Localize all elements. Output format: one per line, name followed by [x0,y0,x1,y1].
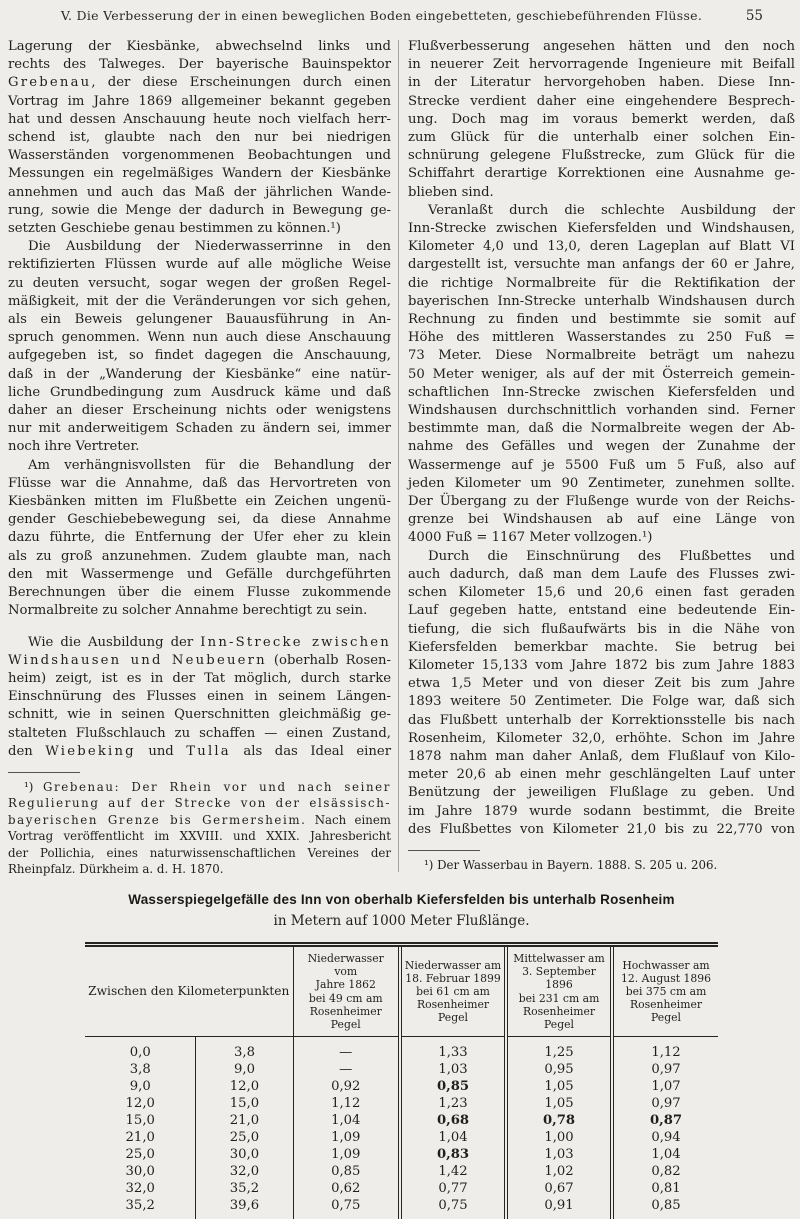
text-line: noch ihre Vertreter. [8,438,391,456]
table-filler-cell [506,1214,612,1219]
text-line: im Jahre 1879 wurde sodann bestimmt, die… [408,803,795,821]
text-line: Wassermenge auf je 5500 Fuß um 5 Fuß, al… [408,457,795,475]
text-line: Regulierung auf der Strecke von der elsä… [8,795,391,812]
text-line: dargestellt ist, versuchte man anfangs d… [408,256,795,274]
table-cell: 0,78 [506,1112,612,1129]
text-line: bei 375 cm am [616,985,716,998]
text-line: Der Übergang zu der Flußenge wurde von d… [408,493,795,511]
text-line: Rechnung zu finden und bestimmte sie som… [408,311,795,329]
text-line: Grebenau, der diese Erscheinungen durch … [8,74,391,92]
table-filler-cell [196,1214,293,1219]
text-line: zum Glück für die unterhalb einer solche… [408,129,795,147]
text-line: Kiefersfelden bemerkbar machte. Sie betr… [408,639,795,657]
table-cell: 25,0 [85,1146,196,1163]
text-line: nur mit anderweitigem Schaden zu ändern … [8,420,391,438]
text-line: Wie die Ausbildung der Inn-Strecke zwisc… [8,634,391,652]
text-column-right: Flußverbesserung angesehen hätten und de… [408,38,795,878]
text-line: Flüsse war die Annahme, daß das Hervortr… [8,475,391,493]
text-line: zu deuten versucht, sogar wegen der groß… [8,275,391,293]
text-columns: Lagerung der Kiesbänke, abwechselnd link… [8,38,795,878]
text-line: Inn-Strecke zwischen Kiefersfelden und W… [408,220,795,238]
table-cell: 1,42 [400,1163,506,1180]
text-line: mäßigkeit, mit der die Veränderungen vor… [8,293,391,311]
table-cell: 0,83 [400,1146,506,1163]
text-line: Lauf gegeben hatte, entstand eine bedeut… [408,602,795,620]
table-cell: 0,92 [293,1078,400,1095]
table-cell: 9,0 [85,1078,196,1095]
table-row: 12,015,01,121,231,050,97 [85,1095,718,1112]
page-title: V. Die Verbesserung der in einen bewegli… [38,8,725,23]
text-line: 18. Februar 1899 [404,972,502,985]
text-line: Vortrag im Jahre 1869 allgemeiner bekann… [8,93,391,111]
table-cell: 0,97 [612,1095,718,1112]
table-head: Zwischen den Kilometerpunkten Niederwass… [85,944,718,1036]
text-line: 1893 weitere 50 Zentimeter. Die Folge wa… [408,693,795,711]
table-cell: 0,95 [506,1061,612,1078]
paragraph: Wie die Ausbildung der Inn-Strecke zwisc… [8,634,391,761]
text-line: den mit Wassermenge und Gefälle durchgef… [8,566,391,584]
text-line: in der Literatur hervorgehoben haben. Di… [408,74,795,92]
text-line: Höhe des mittleren Wasserstandes zu 250 … [408,329,795,347]
text-line: dazu führte, die Entfernung der Ufer ehe… [8,529,391,547]
table-cell: 1,05 [506,1078,612,1095]
text-line: des Flußbettes von Kilometer 21,0 bis zu… [408,821,795,839]
text-line: Rheinpfalz. Dürkheim a. d. H. 1870. [8,861,391,878]
table-cell: 21,0 [196,1112,293,1129]
text-line: 12. August 1896 [616,972,716,985]
text-line: als zu groß anzunehmen. Zudem glaubte ma… [8,548,391,566]
text-line: Rosenheim, Kilometer 32,0, erhöhte. Scho… [408,730,795,748]
table-cell: 1,03 [506,1146,612,1163]
text-line: Wasserständen vorgenommenen Beobachtunge… [8,147,391,165]
text-line: Mittelwasser am [510,952,608,965]
text-line: Einschnürung des Flusses einen in seinem… [8,688,391,706]
text-line: Veranlaßt durch die schlechte Ausbildung… [408,202,795,220]
text-line: daß in der „Wanderung der Kiesbänke“ ein… [8,366,391,384]
text-line: Durch die Einschnürung des Flußbettes un… [408,548,795,566]
text-line: Am verhängnisvollsten für die Behandlung… [8,457,391,475]
text-line: Flußverbesserung angesehen hätten und de… [408,38,795,56]
table-cell: — [293,1061,400,1078]
text-line: annehmen und auch das Maß der jährlichen… [8,184,391,202]
table-cell: 15,0 [85,1112,196,1129]
table-cell: 1,07 [612,1078,718,1095]
text-line: Berechnungen über die einem Flusse zukom… [8,584,391,602]
text-line: Kilometer 15,133 vom Jahre 1872 bis zum … [408,657,795,675]
book-page: V. Die Verbesserung der in einen bewegli… [0,0,800,1219]
table-cell: 0,81 [612,1180,718,1197]
table-cell: 0,82 [612,1163,718,1180]
table-cell: 12,0 [196,1078,293,1095]
table-subtitle: in Metern auf 1000 Meter Flußlänge. [8,913,795,929]
table-cell: 30,0 [85,1163,196,1180]
table-body: 0,03,8—1,331,251,123,89,0—1,030,950,979,… [85,1037,718,1219]
text-line: etwa 1,5 Meter und von dieser Zeit bis z… [408,675,795,693]
text-line: ¹) Der Wasserbau in Bayern. 1888. S. 205… [408,857,795,874]
table-header-niederwasser-1899: Niederwasser am18. Februar 1899bei 61 cm… [400,944,506,1036]
table-header-niederwasser-1862: Niederwasser vomJahre 1862bei 49 cm amRo… [293,944,400,1036]
text-line: bayerischen Grenze bis Germersheim. Nach… [8,812,391,829]
table-header-mittelwasser-1896: Mittelwasser am3. September 1896bei 231 … [506,944,612,1036]
table-cell: 0,85 [293,1163,400,1180]
table-cell: 25,0 [196,1129,293,1146]
table-row: 30,032,00,851,421,020,82 [85,1163,718,1180]
text-line: 4000 Fuß = 1167 Meter vollzogen.¹) [408,529,795,547]
table-cell: 0,75 [400,1197,506,1214]
running-header: V. Die Verbesserung der in einen bewegli… [8,8,795,30]
text-line: den Wiebeking und Tulla als das Ideal ei… [8,743,391,761]
text-line: jeden Kilometer um 90 Zentimeter, zunehm… [408,475,795,493]
paragraph: Lagerung der Kiesbänke, abwechselnd link… [8,38,391,238]
table-cell: — [293,1037,400,1062]
text-line: 1878 nahm man daher Anlaß, dem Flußlauf … [408,748,795,766]
text-line: Jahre 1862 [296,978,397,991]
table-cell: 0,62 [293,1180,400,1197]
text-line: hat und dessen Anschauung heute noch vie… [8,111,391,129]
text-line: schen Kilometer 15,6 und 20,6 einen fast… [408,584,795,602]
text-column-left: Lagerung der Kiesbänke, abwechselnd link… [8,38,391,878]
text-line: Hochwasser am [616,959,716,972]
text-line: tiefung, die sich flußaufwärts bis in di… [408,621,795,639]
text-line: Niederwasser am [404,959,502,972]
table-cell: 1,23 [400,1095,506,1112]
table-header-kilometerpunkte: Zwischen den Kilometerpunkten [85,944,293,1036]
table-row: 21,025,01,091,041,000,94 [85,1129,718,1146]
footnote-separator-left [8,772,80,773]
text-line: die richtige Normalbreite für die Rektif… [408,275,795,293]
table-cell: 1,04 [400,1129,506,1146]
text-line: ¹) Grebenau: Der Rhein vor und nach sein… [8,779,391,796]
text-line: Rosenheimer Pegel [404,998,502,1024]
paragraph: Durch die Einschnürung des Flußbettes un… [408,548,795,839]
table-title: Wasserspiegelgefälle des Inn von oberhal… [8,892,795,907]
table-cell: 1,33 [400,1037,506,1062]
text-line: der Pollichia, eines naturwissenschaftli… [8,845,391,862]
table-filler-cell [400,1214,506,1219]
text-line: spruch genommen. Wenn nun auch diese Ans… [8,329,391,347]
text-line: bei 231 cm am [510,992,608,1005]
text-line: Lagerung der Kiesbänke, abwechselnd link… [8,38,391,56]
text-line: Strecke verdient daher eine eingehendere… [408,93,795,111]
left-column-paragraphs: Lagerung der Kiesbänke, abwechselnd link… [8,38,391,761]
table-cell: 0,67 [506,1180,612,1197]
table-cell: 3,8 [85,1061,196,1078]
table-cell: 1,12 [612,1037,718,1062]
text-line: stalteten Flußschlauch zu schaffen — ein… [8,725,391,743]
text-line: daher an dieser Erscheinung nichts oder … [8,402,391,420]
table-filler-row [85,1214,718,1219]
text-line: aufgegeben ist, so findet dagegen die An… [8,347,391,365]
right-footnote: ¹) Der Wasserbau in Bayern. 1888. S. 205… [408,857,795,874]
text-line: Rosenheimer Pegel [296,1005,397,1031]
table-cell: 0,75 [293,1197,400,1214]
text-line: das Flußbett unterhalb der Korrektionsst… [408,712,795,730]
text-line: auch dadurch, daß man dem Laufe des Flus… [408,566,795,584]
table-cell: 21,0 [85,1129,196,1146]
table-cell: 12,0 [85,1095,196,1112]
table-cell: 3,8 [196,1037,293,1062]
paragraph: Flußverbesserung angesehen hätten und de… [408,38,795,202]
text-line: als ein Beweis gelungener Bauausführung … [8,311,391,329]
paragraph: Am verhängnisvollsten für die Behandlung… [8,457,391,621]
paragraph: Die Ausbildung der Niederwasserrinne in … [8,238,391,456]
table-filler-cell [612,1214,718,1219]
table-header-row: Zwischen den Kilometerpunkten Niederwass… [85,944,718,1036]
table-cell: 0,91 [506,1197,612,1214]
table-cell: 32,0 [196,1163,293,1180]
column-divider [398,40,399,872]
gradient-table: Zwischen den Kilometerpunkten Niederwass… [85,942,718,1219]
text-line: in neuerer Zeit hervorragende Ingenieure… [408,56,795,74]
text-line: schnitt, wie in seinen Querschnitten gle… [8,706,391,724]
text-line: rechts des Talweges. Der bayerische Baui… [8,56,391,74]
table-cell: 0,85 [612,1197,718,1214]
table-cell: 1,00 [506,1129,612,1146]
table-cell: 1,09 [293,1146,400,1163]
text-line: Windshausen und Neubeuern (oberhalb Rose… [8,652,391,670]
left-footnote: ¹) Grebenau: Der Rhein vor und nach sein… [8,779,391,878]
footnote-separator-right [408,850,480,851]
text-line: Rosenheimer Pegel [510,1005,608,1031]
table-cell: 1,12 [293,1095,400,1112]
text-line: heim) zeigt, ist es in der Tat möglich, … [8,670,391,688]
table-cell: 1,02 [506,1163,612,1180]
table-row: 3,89,0—1,030,950,97 [85,1061,718,1078]
page-number: 55 [746,8,763,24]
text-line: Vortrag veröffentlicht im XXVIII. und XX… [8,828,391,845]
table-row: 25,030,01,090,831,031,04 [85,1146,718,1163]
table-cell: 9,0 [196,1061,293,1078]
text-line: Kiesbänken mitten im Flußbette ein Zeich… [8,493,391,511]
text-line: schend ist, glaubte nach den nur bei nie… [8,129,391,147]
table-section: Wasserspiegelgefälle des Inn von oberhal… [8,892,795,1219]
text-line: Kilometer 4,0 und 13,0, deren Lageplan a… [408,238,795,256]
text-line: 73 Meter. Diese Normalbreite beträgt um … [408,347,795,365]
table-row: 15,021,01,040,680,780,87 [85,1112,718,1129]
text-line: gender Geschiebebewegung sei, da diese A… [8,511,391,529]
text-line: bei 49 cm am [296,992,397,1005]
text-line: 3. September 1896 [510,965,608,991]
text-line: schnürung gelegene Flußstrecke, zum Glüc… [408,147,795,165]
table-row: 35,239,60,750,750,910,85 [85,1197,718,1214]
table-row: 9,012,00,920,851,051,07 [85,1078,718,1095]
paragraph: Veranlaßt durch die schlechte Ausbildung… [408,202,795,548]
text-line: grenze bei Windshausen ab auf eine Länge… [408,511,795,529]
text-line: bestimmte man, daß die Normalbreite wege… [408,420,795,438]
text-line: Normalbreite zu solcher Annahme berechti… [8,602,391,620]
text-line: Messungen ein regelmäßiges Wandern der K… [8,165,391,183]
table-row: 0,03,8—1,331,251,12 [85,1037,718,1062]
text-line: schaftlichen Inn-Strecke zwischen Kiefer… [408,384,795,402]
table-cell: 0,0 [85,1037,196,1062]
table-cell: 35,2 [196,1180,293,1197]
table-cell: 35,2 [85,1197,196,1214]
text-line: Benützung der jeweiligen Flußlage zu geb… [408,784,795,802]
table-cell: 1,03 [400,1061,506,1078]
text-line: Die Ausbildung der Niederwasserrinne in … [8,238,391,256]
table-filler-cell [85,1214,196,1219]
text-line: 50 Meter weniger, als auf der mit Österr… [408,366,795,384]
table-cell: 1,25 [506,1037,612,1062]
table-filler-cell [293,1214,400,1219]
table-cell: 0,68 [400,1112,506,1129]
table-cell: 0,85 [400,1078,506,1095]
table-cell: 32,0 [85,1180,196,1197]
text-line: ung. Doch mag im voraus bemerkt werden, … [408,111,795,129]
table-header-hochwasser-1896: Hochwasser am12. August 1896bei 375 cm a… [612,944,718,1036]
table-cell: 1,04 [293,1112,400,1129]
table-row: 32,035,20,620,770,670,81 [85,1180,718,1197]
text-line: bei 61 cm am [404,985,502,998]
table-cell: 1,05 [506,1095,612,1112]
text-line: Rosenheimer Pegel [616,998,716,1024]
table-cell: 0,77 [400,1180,506,1197]
text-line: blieben sind. [408,184,795,202]
text-line: meter 20,6 ab einen mehr geschlängelten … [408,766,795,784]
table-cell: 0,94 [612,1129,718,1146]
text-line: liche Grundbedingung zum Ausdruck käme u… [8,384,391,402]
table-cell: 0,97 [612,1061,718,1078]
text-line: rung, sowie die Menge der dadurch in Bew… [8,202,391,220]
text-line: rektifizierten Flüssen wurde auf alle mö… [8,256,391,274]
text-line: setzten Geschiebe genau bestimmen zu kön… [8,220,391,238]
right-column-paragraphs: Flußverbesserung angesehen hätten und de… [408,38,795,839]
text-line: Schiffahrt derartige Korrektionen eine A… [408,165,795,183]
text-line: Niederwasser vom [296,952,397,978]
text-line: nahme des Gefälles und wegen der Zunahme… [408,438,795,456]
table-cell: 15,0 [196,1095,293,1112]
table-cell: 39,6 [196,1197,293,1214]
table-cell: 0,87 [612,1112,718,1129]
table-cell: 30,0 [196,1146,293,1163]
text-line: Windshausen durchschnittlich vorhanden s… [408,402,795,420]
text-line: bayerischen Inn-Strecke unterhalb Windsh… [408,293,795,311]
table-cell: 1,09 [293,1129,400,1146]
table-cell: 1,04 [612,1146,718,1163]
